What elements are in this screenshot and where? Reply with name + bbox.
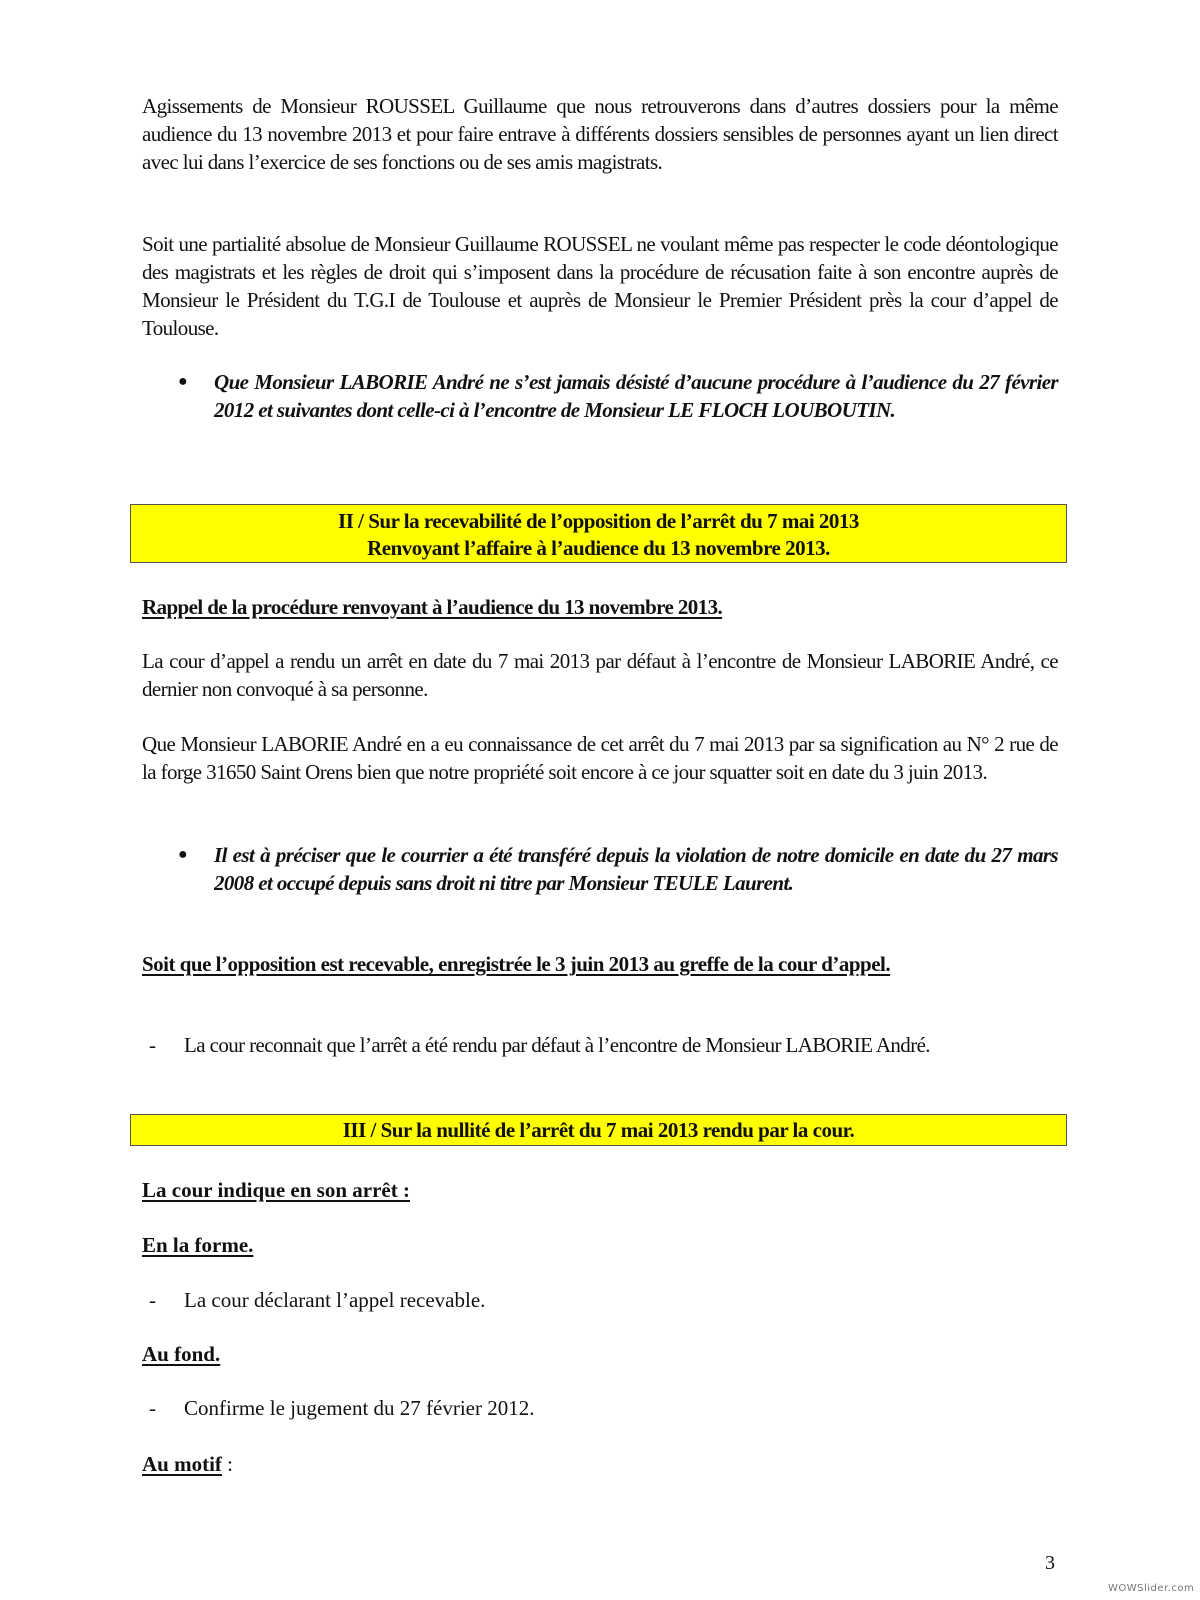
paragraph-signification: Que Monsieur LABORIE André en a eu conna… bbox=[142, 730, 1058, 786]
document-page: Agissements de Monsieur ROUSSEL Guillaum… bbox=[0, 0, 1200, 1600]
paragraph-cour-appel: La cour d’appel a rendu un arrêt en date… bbox=[142, 647, 1058, 703]
heading-au-fond: Au fond. bbox=[142, 1340, 220, 1368]
paragraph-partialite: Soit une partialité absolue de Monsieur … bbox=[142, 230, 1058, 342]
bullet-desistement: Que Monsieur LABORIE André ne s’est jama… bbox=[214, 368, 1058, 424]
heading-au-motif: Au motif bbox=[142, 1452, 222, 1476]
section-ii-line1: II / Sur la recevabilité de l’opposition… bbox=[131, 508, 1066, 535]
dash-item-confirme: Confirme le jugement du 27 février 2012. bbox=[184, 1394, 1058, 1422]
heading-soit-que: Soit que l’opposition est recevable, enr… bbox=[142, 950, 1058, 978]
heading-la-cour-indique: La cour indique en son arrêt : bbox=[142, 1176, 410, 1204]
section-ii-line2: Renvoyant l’affaire à l’audience du 13 n… bbox=[131, 535, 1066, 562]
bullet-courrier: Il est à préciser que le courrier a été … bbox=[214, 841, 1058, 897]
bullet-icon: ● bbox=[178, 841, 188, 869]
section-heading-iii: III / Sur la nullité de l’arrêt du 7 mai… bbox=[130, 1114, 1067, 1146]
section-heading-ii: II / Sur la recevabilité de l’opposition… bbox=[130, 504, 1067, 563]
dash-item-appel-recevable: La cour déclarant l’appel recevable. bbox=[184, 1286, 1058, 1314]
dash-icon: - bbox=[149, 1286, 156, 1314]
heading-en-la-forme: En la forme. bbox=[142, 1231, 253, 1259]
heading-rappel: Rappel de la procédure renvoyant à l’aud… bbox=[142, 593, 722, 621]
heading-au-motif-line: Au motif : bbox=[142, 1450, 233, 1478]
watermark: WOWSlider.com bbox=[1108, 1583, 1194, 1594]
section-iii-title: III / Sur la nullité de l’arrêt du 7 mai… bbox=[131, 1117, 1066, 1144]
paragraph-agissements: Agissements de Monsieur ROUSSEL Guillaum… bbox=[142, 92, 1058, 176]
dash-icon: - bbox=[149, 1394, 156, 1422]
bullet-icon: ● bbox=[178, 368, 188, 396]
dash-icon: - bbox=[149, 1031, 156, 1059]
dash-item-reconnait: La cour reconnait que l’arrêt a été rend… bbox=[184, 1031, 1058, 1059]
au-motif-colon: : bbox=[222, 1452, 233, 1476]
page-number: 3 bbox=[1045, 1552, 1055, 1575]
